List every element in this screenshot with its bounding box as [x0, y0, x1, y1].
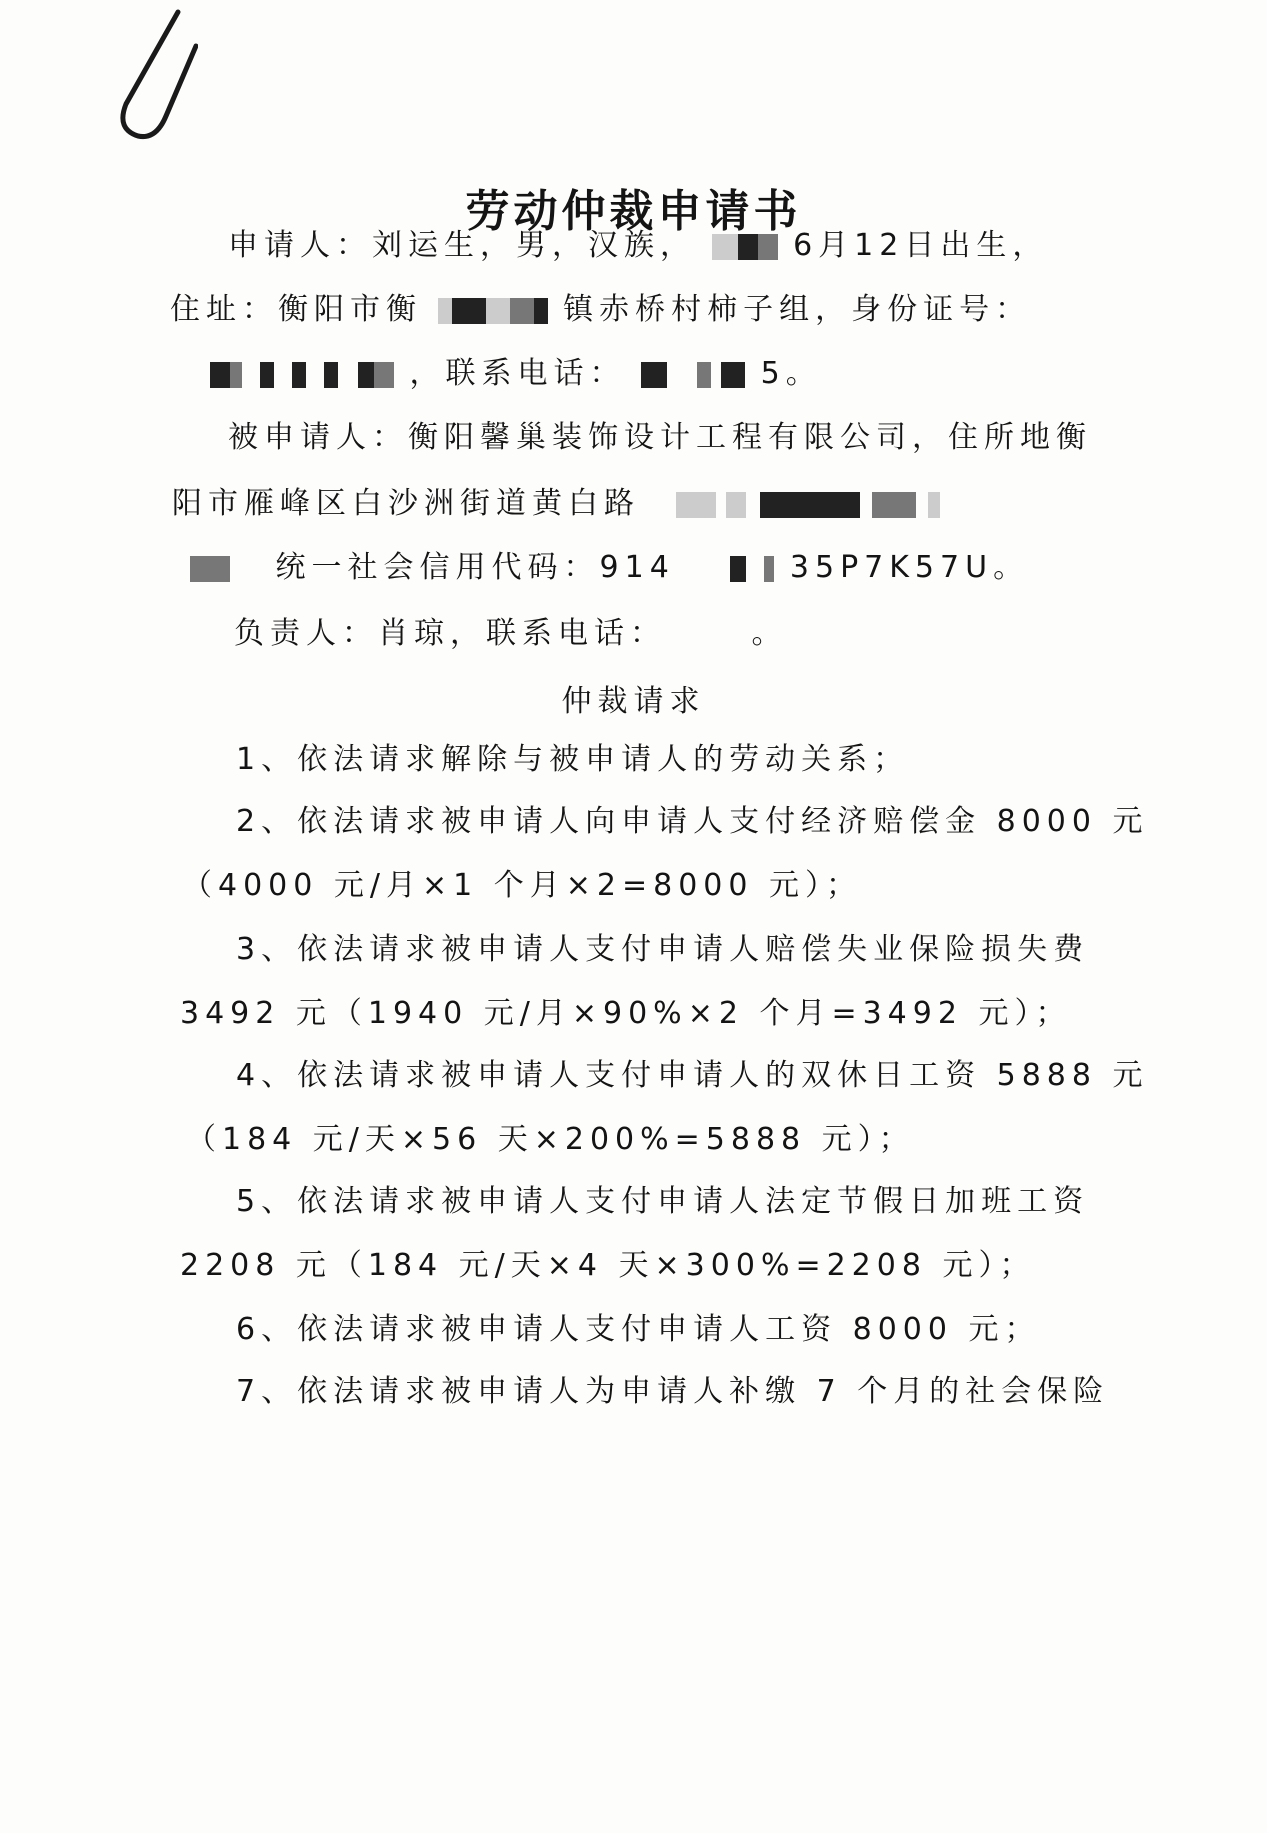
claim-1: 1、依法请求解除与被申请人的劳动关系； [236, 740, 909, 780]
claim-4-line-2: （184 元/天×56 天×200%=5888 元）； [186, 1120, 915, 1160]
applicant-line-2: 住址：衡阳市衡 镇赤桥村柿子组，身份证号： [170, 290, 1031, 330]
applicant-line-3: ，联系电话： 5。 [170, 354, 822, 394]
respondent-line-3: 统一社会信用代码：914 35P7K57U。 [190, 548, 1029, 588]
claim-6: 6、依法请求被申请人支付申请人工资 8000 元； [236, 1310, 1041, 1350]
respondent-line-1: 被申请人：衡阳馨巢装饰设计工程有限公司，住所地衡 [228, 418, 1092, 458]
paperclip-icon [108, 4, 198, 154]
claim-2-line-1: 2、依法请求被申请人向申请人支付经济赔偿金 8000 元 [236, 802, 1149, 842]
respondent-line-2: 阳市雁峰区白沙洲街道黄白路 [172, 484, 940, 524]
section-heading: 仲裁请求 [0, 676, 1267, 720]
respondent-line-4: 负责人：肖琼，联系电话： 。 [234, 614, 788, 654]
claim-2-line-2: （4000 元/月×1 个月×2=8000 元）； [182, 866, 862, 906]
claim-5-line-1: 5、依法请求被申请人支付申请人法定节假日加班工资 [236, 1182, 1089, 1222]
claim-3-line-2: 3492 元（1940 元/月×90%×2 个月=3492 元）； [180, 994, 1071, 1034]
claim-4-line-1: 4、依法请求被申请人支付申请人的双休日工资 5888 元 [236, 1056, 1149, 1096]
claim-3-line-1: 3、依法请求被申请人支付申请人赔偿失业保险损失费 [236, 930, 1089, 970]
applicant-line-1: 申请人：刘运生，男，汉族， 6月12日出生， [228, 226, 1048, 266]
claim-5-line-2: 2208 元（184 元/天×4 天×300%=2208 元）； [180, 1246, 1035, 1286]
claim-7: 7、依法请求被申请人为申请人补缴 7 个月的社会保险 [236, 1372, 1109, 1412]
